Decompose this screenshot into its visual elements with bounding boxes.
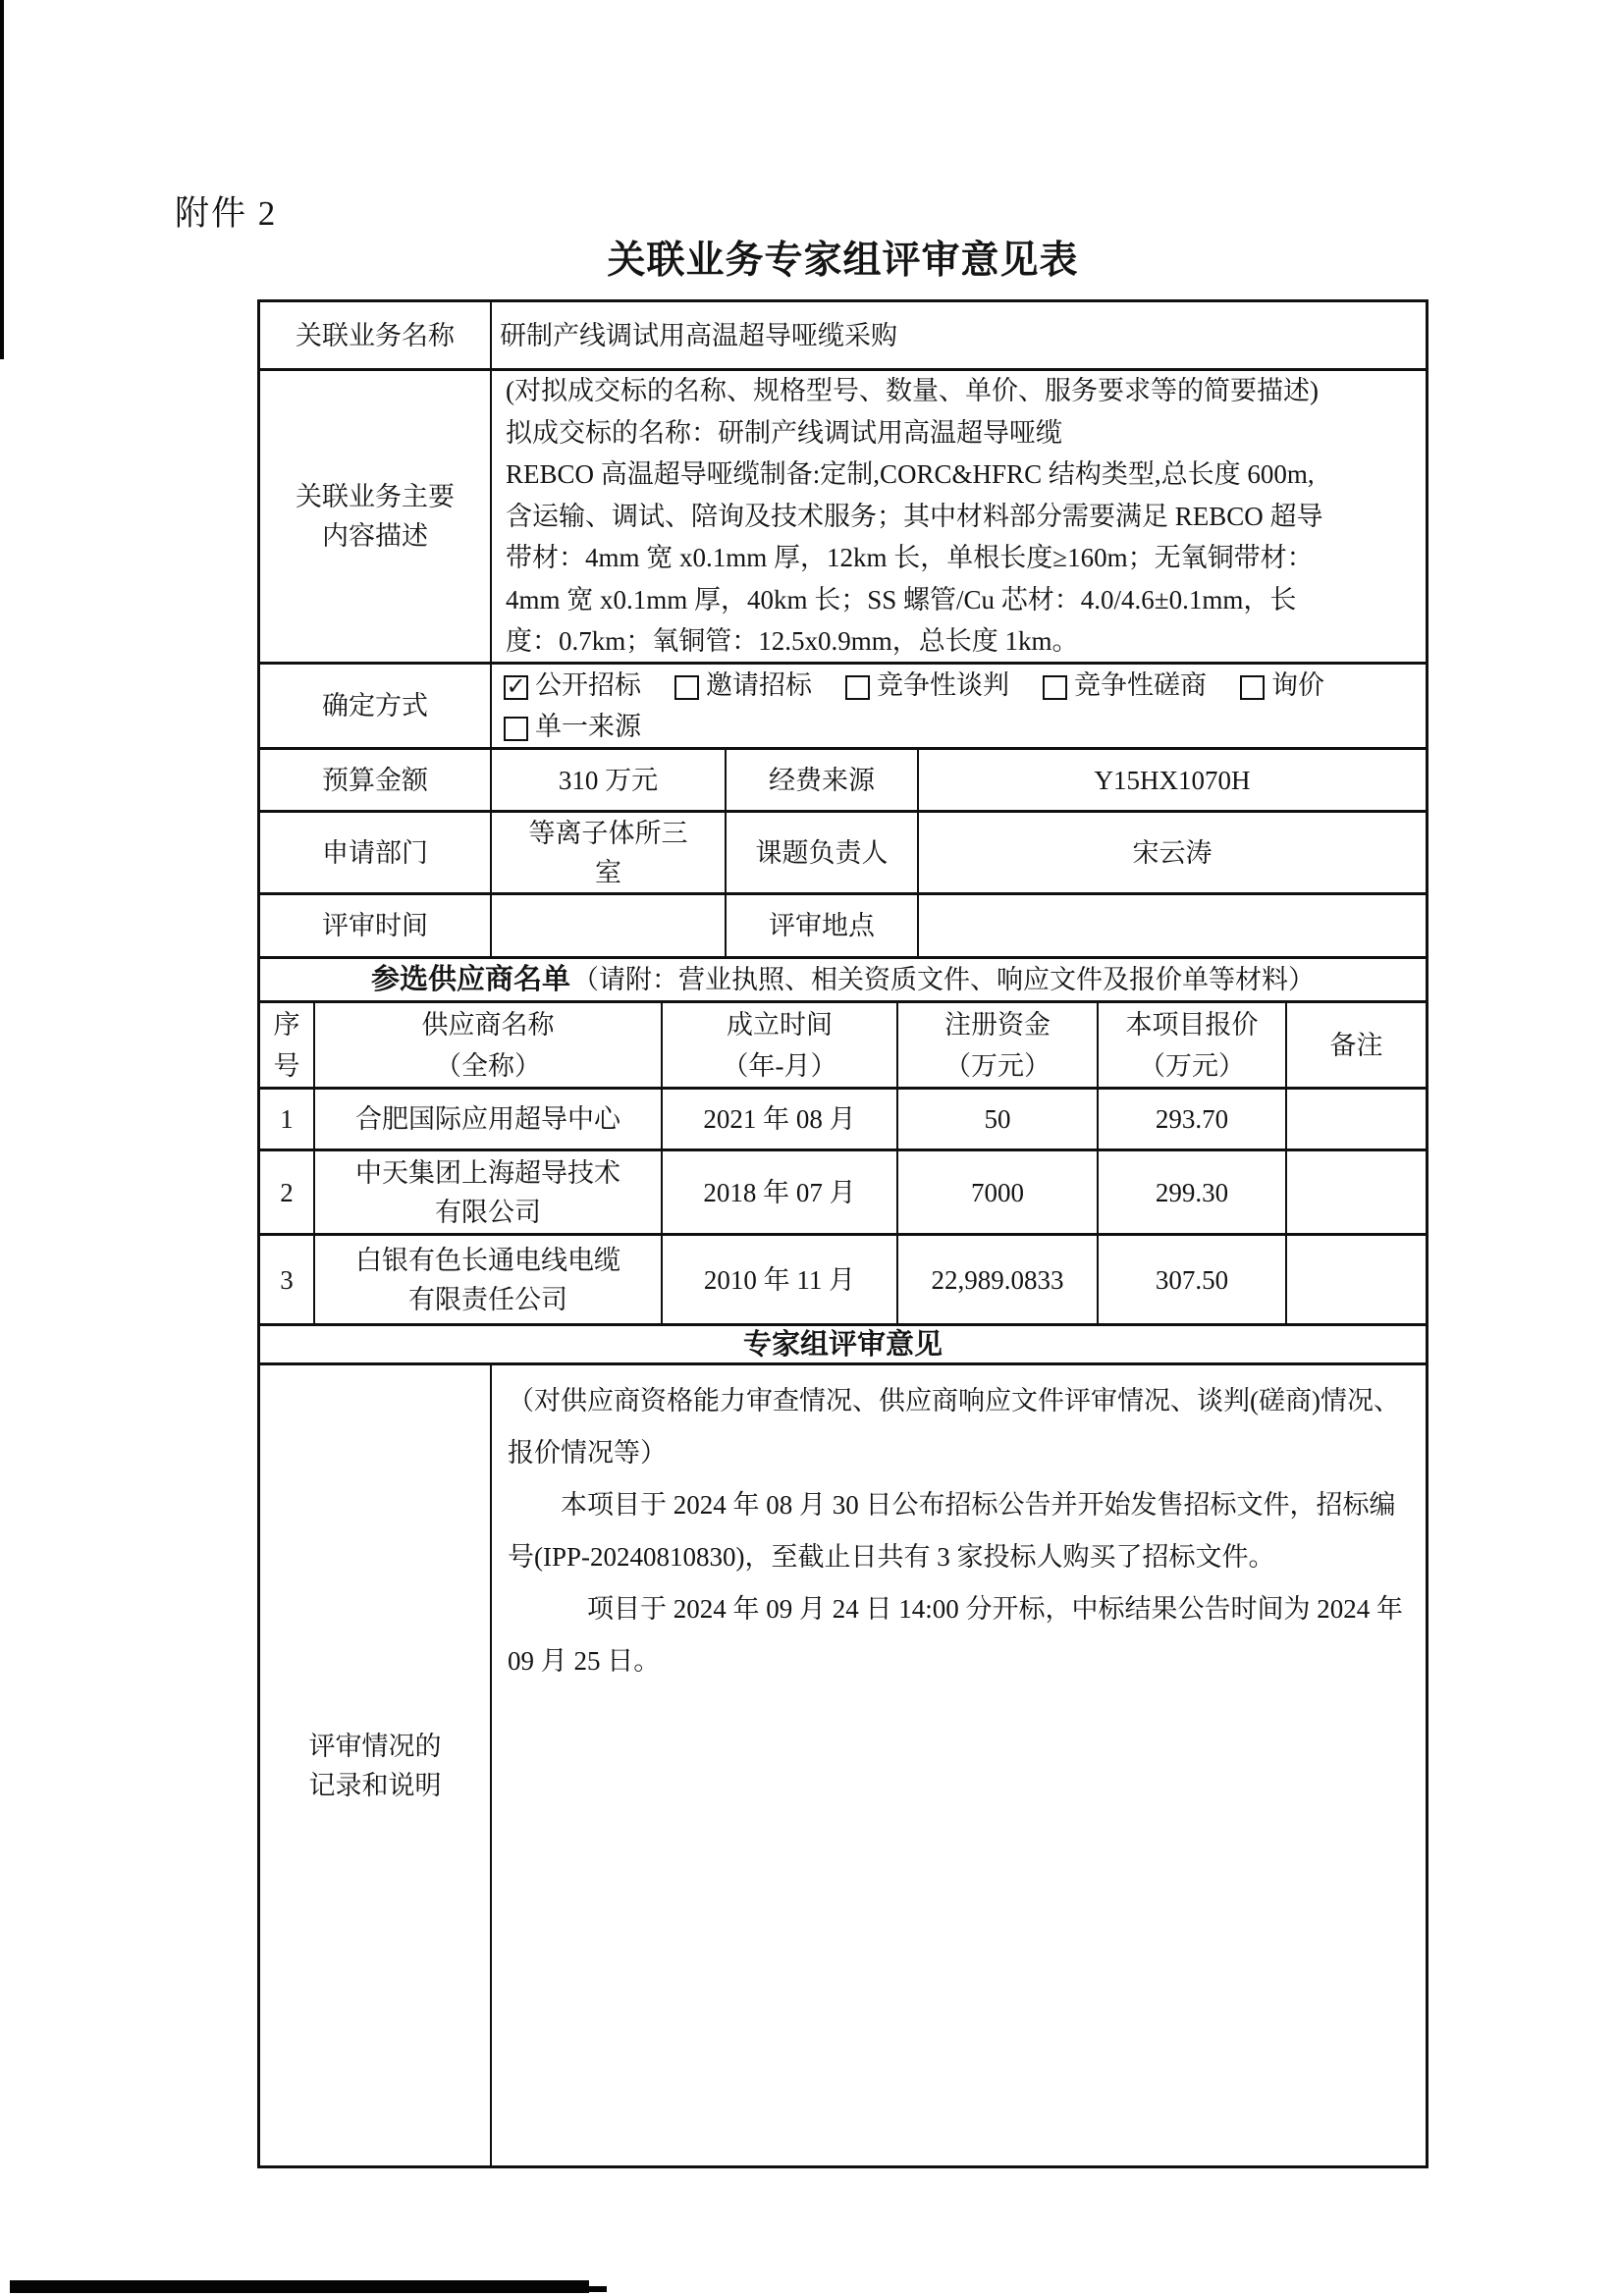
page-title: 关联业务专家组评审意见表 (257, 230, 1428, 285)
method-option-label: 询价 (1271, 665, 1324, 706)
supplier-note (1287, 1151, 1426, 1233)
supplier-founded: 2018 年 07 月 (663, 1151, 898, 1233)
supplier-name: 合肥国际应用超导中心 (315, 1090, 663, 1148)
funding-label: 经费来源 (727, 750, 919, 810)
row-expert-record: 评审情况的 记录和说明 （对供应商资格能力审查情况、供应商响应文件评审情况、谈判… (260, 1365, 1426, 2165)
budget-label: 预算金额 (260, 750, 492, 810)
supplier-row: 1 合肥国际应用超导中心 2021 年 08 月 50 293.70 (260, 1090, 1426, 1151)
row-review-time: 评审时间 评审地点 (260, 895, 1426, 959)
leader-value: 宋云涛 (919, 813, 1426, 892)
scan-artifact-left-line (0, 0, 4, 359)
description-text: (对拟成交标的名称、规格型号、数量、单价、服务要求等的简要描述) 拟成交标的名称… (500, 368, 1418, 665)
col-price-header: 本项目报价 （万元） (1099, 1003, 1287, 1087)
method-option: 询价 (1240, 665, 1324, 706)
supplier-capital: 7000 (898, 1151, 1099, 1233)
expert-banner-row: 专家组评审意见 (260, 1326, 1426, 1365)
business-name-value: 研制产线调试用高温超导哑缆采购 (492, 302, 1426, 368)
department-label: 申请部门 (260, 813, 492, 892)
expert-note-text: （对供应商资格能力审查情况、供应商响应文件评审情况、谈判(磋商)情况、报价情况等… (508, 1375, 1410, 1687)
review-time-label: 评审时间 (260, 895, 492, 956)
method-option-label: 竞争性磋商 (1074, 665, 1207, 706)
checkbox-icon (674, 675, 699, 700)
review-form-table: 关联业务名称 研制产线调试用高温超导哑缆采购 关联业务主要 内容描述 (对拟成交… (257, 299, 1428, 2168)
record-label: 评审情况的 记录和说明 (260, 1365, 492, 2165)
checkbox-icon (845, 675, 870, 700)
method-option-label: 单一来源 (535, 706, 641, 747)
supplier-no: 2 (260, 1151, 315, 1233)
scan-artifact-bottom-tick (589, 2286, 607, 2292)
supplier-price: 293.70 (1099, 1090, 1287, 1148)
checkbox-icon (1043, 675, 1067, 700)
checkbox-icon (504, 717, 528, 741)
row-method: 确定方式 ✓ 公开招标 邀请招标 竞争性谈判 (260, 665, 1426, 750)
page-sheet: 附件 2 关联业务专家组评审意见表 关联业务名称 研制产线调试用高温超导哑缆采购… (0, 0, 1617, 2296)
leader-label: 课题负责人 (727, 813, 919, 892)
method-option-label: 邀请招标 (706, 665, 812, 706)
description-label: 关联业务主要 内容描述 (260, 371, 492, 662)
suppliers-banner-row: 参选供应商名单 （请附：营业执照、相关资质文件、响应文件及报价单等材料） (260, 959, 1426, 1003)
checkbox-checked-icon: ✓ (504, 675, 528, 700)
method-options-line-1: ✓ 公开招标 邀请招标 竞争性谈判 竞争性磋商 (504, 665, 1324, 706)
col-capital-header: 注册资金 （万元） (898, 1003, 1099, 1087)
method-option: 邀请招标 (674, 665, 812, 706)
expert-banner-title: 专家组评审意见 (743, 1325, 943, 1364)
supplier-capital: 22,989.0833 (898, 1236, 1099, 1323)
supplier-name: 白银有色长通电线电缆 有限责任公司 (315, 1236, 663, 1323)
review-time-value (492, 895, 727, 956)
suppliers-banner-note: （请附：营业执照、相关资质文件、响应文件及报价单等材料） (572, 960, 1315, 999)
supplier-price: 299.30 (1099, 1151, 1287, 1233)
review-place-label: 评审地点 (727, 895, 919, 956)
review-place-value (919, 895, 1426, 956)
supplier-price: 307.50 (1099, 1236, 1287, 1323)
method-option-label: 竞争性谈判 (877, 665, 1009, 706)
expert-note-paragraph: 本项目于 2024 年 08 月 30 日公布招标公告并开始发售招标文件，招标编… (508, 1479, 1410, 1583)
method-option-label: 公开招标 (535, 665, 641, 706)
business-name-label: 关联业务名称 (260, 302, 492, 368)
col-note-header: 备注 (1287, 1003, 1426, 1087)
suppliers-banner-title: 参选供应商名单 (371, 960, 570, 999)
budget-value: 310 万元 (492, 750, 727, 810)
expert-note-paragraph: 项目于 2024 年 09 月 24 日 14:00 分开标，中标结果公告时间为… (508, 1583, 1410, 1687)
supplier-capital: 50 (898, 1090, 1099, 1148)
description-value: (对拟成交标的名称、规格型号、数量、单价、服务要求等的简要描述) 拟成交标的名称… (492, 371, 1426, 662)
supplier-name: 中天集团上海超导技术 有限公司 (315, 1151, 663, 1233)
row-description: 关联业务主要 内容描述 (对拟成交标的名称、规格型号、数量、单价、服务要求等的简… (260, 371, 1426, 665)
supplier-note (1287, 1090, 1426, 1148)
supplier-founded: 2021 年 08 月 (663, 1090, 898, 1148)
expert-banner: 专家组评审意见 (260, 1326, 1426, 1362)
supplier-no: 1 (260, 1090, 315, 1148)
method-label: 确定方式 (260, 665, 492, 747)
supplier-note (1287, 1236, 1426, 1323)
method-options: ✓ 公开招标 邀请招标 竞争性谈判 竞争性磋商 (492, 665, 1426, 747)
row-department: 申请部门 等离子体所三 室 课题负责人 宋云涛 (260, 813, 1426, 895)
supplier-row: 3 白银有色长通电线电缆 有限责任公司 2010 年 11 月 22,989.0… (260, 1236, 1426, 1326)
method-option: ✓ 公开招标 (504, 665, 641, 706)
supplier-founded: 2010 年 11 月 (663, 1236, 898, 1323)
method-option: 单一来源 (504, 706, 641, 747)
col-name-header: 供应商名称 （全称） (315, 1003, 663, 1087)
suppliers-banner: 参选供应商名单 （请附：营业执照、相关资质文件、响应文件及报价单等材料） (260, 959, 1426, 1000)
method-option: 竞争性磋商 (1043, 665, 1207, 706)
supplier-row: 2 中天集团上海超导技术 有限公司 2018 年 07 月 7000 299.3… (260, 1151, 1426, 1236)
col-no-header: 序 号 (260, 1003, 315, 1087)
record-content: （对供应商资格能力审查情况、供应商响应文件评审情况、谈判(磋商)情况、报价情况等… (492, 1365, 1426, 2165)
row-business-name: 关联业务名称 研制产线调试用高温超导哑缆采购 (260, 302, 1426, 371)
funding-value: Y15HX1070H (919, 750, 1426, 810)
supplier-no: 3 (260, 1236, 315, 1323)
col-founded-header: 成立时间 （年-月） (663, 1003, 898, 1087)
row-budget: 预算金额 310 万元 经费来源 Y15HX1070H (260, 750, 1426, 813)
expert-note-paragraph: （对供应商资格能力审查情况、供应商响应文件评审情况、谈判(磋商)情况、报价情况等… (508, 1375, 1410, 1479)
method-options-line-2: 单一来源 (504, 706, 641, 747)
scan-artifact-bottom-bar (10, 2280, 589, 2293)
attachment-label: 附件 2 (175, 187, 277, 236)
suppliers-header-row: 序 号 供应商名称 （全称） 成立时间 （年-月） 注册资金 （万元） 本项目报… (260, 1003, 1426, 1090)
department-value: 等离子体所三 室 (492, 813, 727, 892)
method-option: 竞争性谈判 (845, 665, 1009, 706)
checkbox-icon (1240, 675, 1265, 700)
